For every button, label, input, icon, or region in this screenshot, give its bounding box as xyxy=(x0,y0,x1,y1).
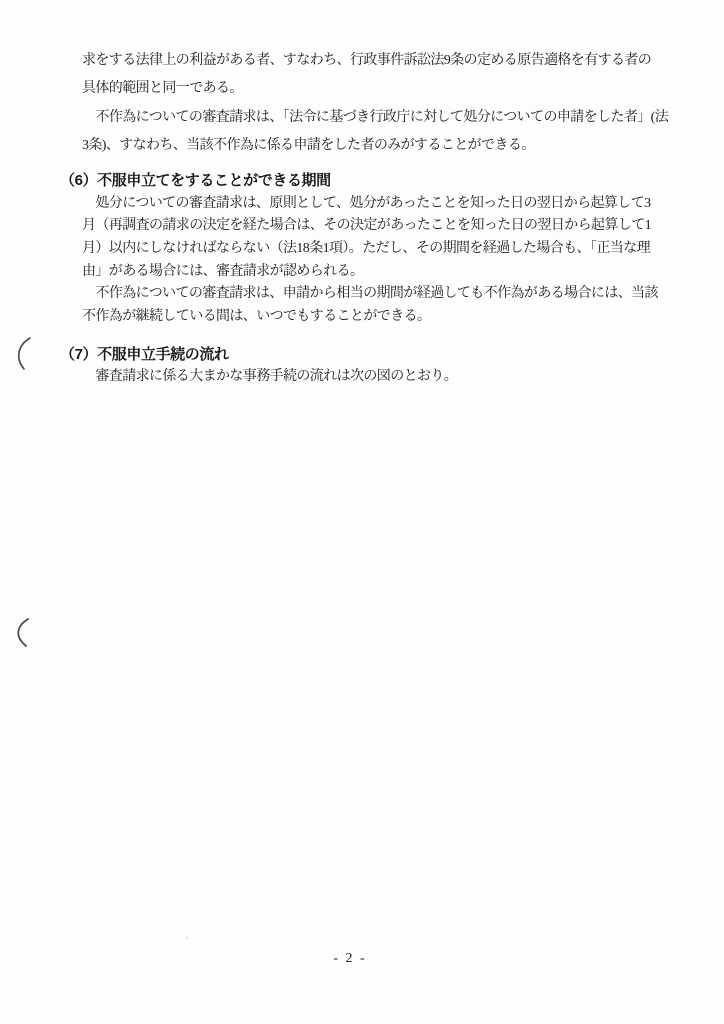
scan-speck xyxy=(186,937,188,939)
paragraph-line: 求をする法律上の利益がある者、すなわち、行政事件訴訟法9条の定める原告適格を有す… xyxy=(82,47,668,75)
section-6-paragraph: 処分についての審査請求は、原則として、処分があったことを知った日の翌日から起算し… xyxy=(82,193,658,329)
paragraph-line: 具体的範囲と同一である。 xyxy=(82,75,668,103)
paragraph-line: 月）以内にしなければならない（法18条1項）。ただし、その期間を経過した場合も、… xyxy=(82,238,658,261)
page-number: - 2 - xyxy=(0,951,712,967)
binder-mark-icon xyxy=(12,616,36,655)
paragraph-line: 不作為が継続している間は、いつでもすることができる。 xyxy=(82,306,658,329)
continuation-paragraph: 求をする法律上の利益がある者、すなわち、行政事件訴訟法9条の定める原告適格を有す… xyxy=(82,47,668,161)
section-6-heading: （6）不服申立てをすることができる期間 xyxy=(60,172,331,189)
binder-mark-icon xyxy=(11,336,35,377)
section-7-heading: （7）不服申立手続の流れ xyxy=(60,346,229,363)
paragraph-line: 審査請求に係る大まかな事務手続の流れは次の図のとおり。 xyxy=(82,366,457,389)
scanned-document-page: 求をする法律上の利益がある者、すなわち、行政事件訴訟法9条の定める原告適格を有す… xyxy=(0,0,724,1024)
paragraph-line: 3条)、すなわち、当該不作為に係る申請をした者のみがすることができる。 xyxy=(82,132,668,160)
paragraph-line: 処分についての審査請求は、原則として、処分があったことを知った日の翌日から起算し… xyxy=(82,193,658,216)
paragraph-line: 由」がある場合には、審査請求が認められる。 xyxy=(82,261,658,284)
paragraph-line: 不作為についての審査請求は、「法令に基づき行政庁に対して処分についての申請をした… xyxy=(82,104,668,132)
paragraph-line: 不作為についての審査請求は、申請から相当の期間が経過しても不作為がある場合には、… xyxy=(82,283,658,306)
paragraph-line: 月（再調査の請求の決定を経た場合は、その決定があったことを知った日の翌日から起算… xyxy=(82,215,658,238)
section-7-paragraph: 審査請求に係る大まかな事務手続の流れは次の図のとおり。 xyxy=(82,366,457,389)
